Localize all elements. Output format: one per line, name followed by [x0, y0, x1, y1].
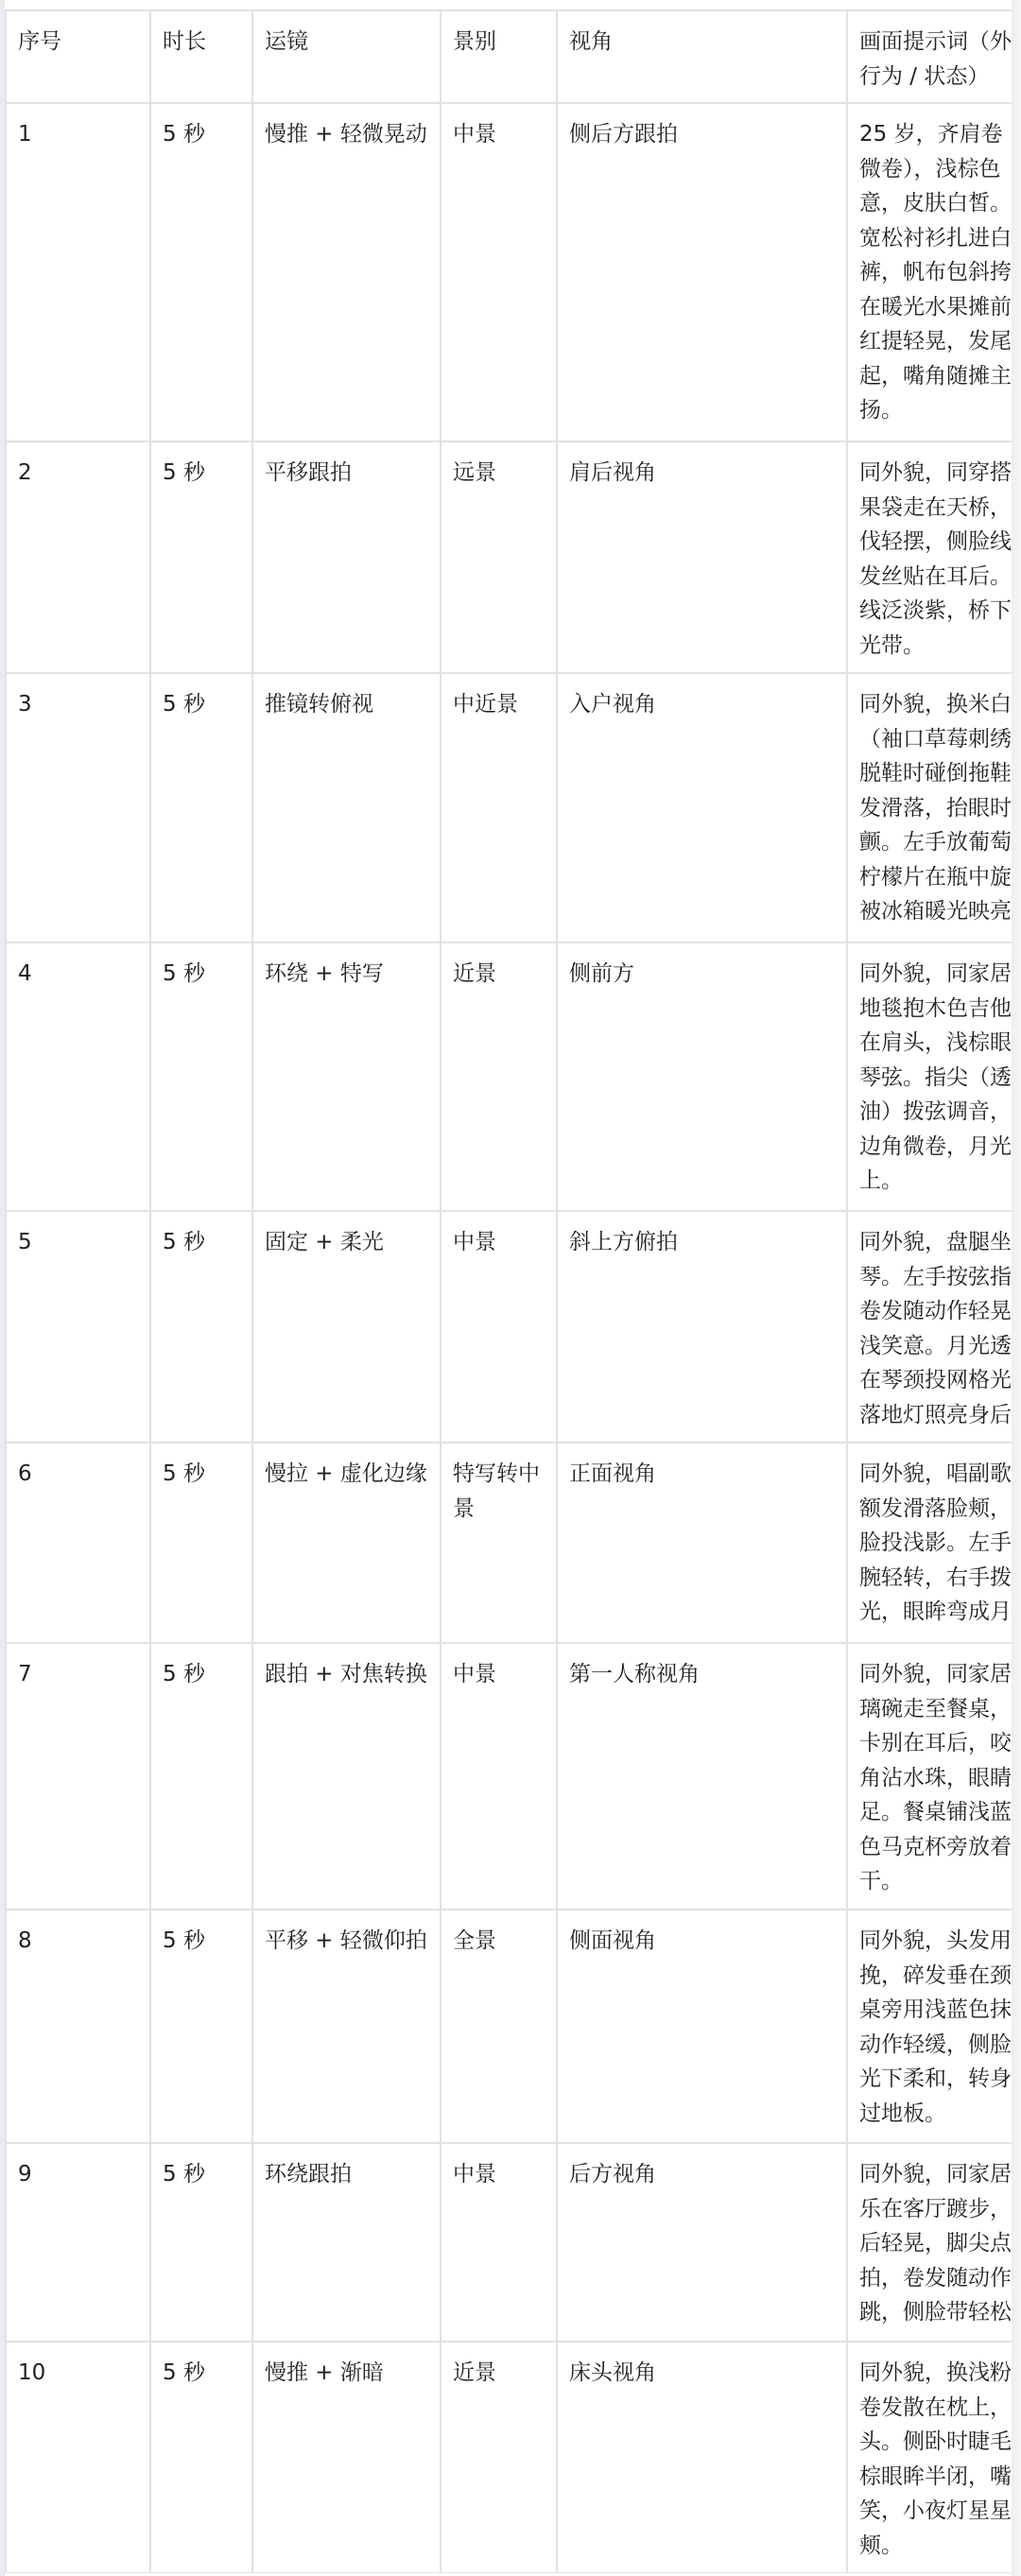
cell-prompt: 同外貌，同家居地毯抱木色吉他在肩头，浅棕眼琴弦。指尖（透油）拨弦调音，边角微卷，… [847, 942, 1012, 1211]
prompt-line: 琴弦。指尖（透 [859, 1061, 1012, 1096]
prompt-line: 柠檬片在瓶中旋 [859, 860, 1012, 895]
cell-camera-move: 推镜转俯视 [252, 673, 441, 942]
prompt-line: 被冰箱暖光映亮 [859, 894, 1012, 929]
prompt-line: 果袋走在天桥， [859, 491, 1012, 526]
prompt-line: 过地板。 [859, 2097, 1012, 2132]
header-prompt-line: 画面提示词（外 [859, 25, 1012, 60]
prompt-line: 红提轻晃，发尾 [859, 324, 1012, 359]
prompt-line: 浅笑意。月光透 [859, 1329, 1012, 1364]
cell-index: 2 [6, 441, 150, 673]
table-row: 65 秒慢拉 + 虚化边缘特写转中景正面视角同外貌，唱副歌额发滑落脸颊，脸投浅影… [6, 1443, 1012, 1643]
cell-camera-move: 跟拍 + 对焦转换 [252, 1643, 441, 1910]
prompt-line: 在肩头，浅棕眼 [859, 1026, 1012, 1061]
cell-index: 3 [6, 673, 150, 942]
prompt-line: 干。 [859, 1864, 1012, 1899]
prompt-line: 挽，碎发垂在颈 [859, 1959, 1012, 1994]
cell-duration: 5 秒 [150, 1211, 252, 1443]
prompt-line: 拍，卷发随动作 [859, 2261, 1012, 2296]
prompt-line: 角沾水珠，眼睛 [859, 1761, 1012, 1796]
cell-shot-size: 中景 [441, 1643, 557, 1910]
table-row: 35 秒推镜转俯视中近景入户视角同外貌，换米白（袖口草莓刺绣脱鞋时碰倒拖鞋发滑落… [6, 673, 1012, 942]
cell-index: 9 [6, 2143, 150, 2342]
cell-shot-size: 远景 [441, 441, 557, 673]
header-angle: 视角 [557, 10, 847, 103]
prompt-line: 同外貌，同穿搭 [859, 456, 1012, 491]
prompt-line: 足。餐桌铺浅蓝 [859, 1795, 1012, 1830]
cell-camera-move: 慢推 + 渐暗 [252, 2342, 441, 2573]
storyboard-table: 序号 时长 运镜 景别 视角 画面提示词（外 行为 / 状态） 15 秒慢推 +… [5, 9, 1012, 2573]
cell-shot-size: 特写转中景 [441, 1443, 557, 1643]
prompt-line: 头。侧卧时睫毛 [859, 2425, 1012, 2460]
prompt-line: 宽松衬衫扎进白 [859, 221, 1012, 256]
prompt-line: 同外貌，换米白 [859, 687, 1012, 722]
prompt-line: 发滑落，抬眼时 [859, 791, 1012, 826]
prompt-line: 动作轻缓，侧脸 [859, 2028, 1012, 2063]
cell-camera-move: 环绕跟拍 [252, 2143, 441, 2342]
prompt-line: 卷发随动作轻晃 [859, 1294, 1012, 1329]
cell-duration: 5 秒 [150, 673, 252, 942]
prompt-line: 光带。 [859, 629, 1012, 664]
prompt-line: 色马克杯旁放着 [859, 1830, 1012, 1865]
prompt-line: 发丝贴在耳后。 [859, 560, 1012, 595]
table-row: 55 秒固定 + 柔光中景斜上方俯拍同外貌，盘腿坐琴。左手按弦指卷发随动作轻晃浅… [6, 1211, 1012, 1443]
prompt-line: 后轻晃，脚尖点 [859, 2226, 1012, 2261]
cell-shot-size: 中景 [441, 103, 557, 441]
cell-duration: 5 秒 [150, 441, 252, 673]
table-row: 45 秒环绕 + 特写近景侧前方同外貌，同家居地毯抱木色吉他在肩头，浅棕眼琴弦。… [6, 942, 1012, 1211]
prompt-line: 线泛淡紫，桥下 [859, 594, 1012, 629]
cell-duration: 5 秒 [150, 103, 252, 441]
prompt-line: 颤。左手放葡萄 [859, 825, 1012, 860]
prompt-line: 同外貌，盘腿坐 [859, 1225, 1012, 1260]
table-header-row: 序号 时长 运镜 景别 视角 画面提示词（外 行为 / 状态） [6, 10, 1012, 103]
prompt-line: 跳，侧脸带轻松 [859, 2295, 1012, 2330]
cell-shot-size: 全景 [441, 1910, 557, 2143]
prompt-line: 卷发散在枕上， [859, 2391, 1012, 2426]
prompt-line: 在暖光水果摊前 [859, 290, 1012, 325]
storyboard-table-scroller[interactable]: 序号 时长 运镜 景别 视角 画面提示词（外 行为 / 状态） 15 秒慢推 +… [5, 9, 1012, 2573]
cell-angle: 侧后方跟拍 [557, 103, 847, 441]
prompt-line: 地毯抱木色吉他 [859, 992, 1012, 1027]
cell-duration: 5 秒 [150, 2143, 252, 2342]
cell-index: 6 [6, 1443, 150, 1643]
cell-camera-move: 固定 + 柔光 [252, 1211, 441, 1443]
cell-shot-size: 中景 [441, 1211, 557, 1443]
prompt-line: 上。 [859, 1164, 1012, 1199]
header-duration: 时长 [150, 10, 252, 103]
horizontal-scroll-edge[interactable] [1012, 0, 1021, 2576]
prompt-line: 腕轻转，右手拨 [859, 1561, 1012, 1596]
cell-camera-move: 平移 + 轻微仰拍 [252, 1910, 441, 2143]
cell-index: 1 [6, 103, 150, 441]
cell-shot-size: 近景 [441, 2342, 557, 2573]
cell-angle: 侧面视角 [557, 1910, 847, 2143]
prompt-line: 落地灯照亮身后 [859, 1398, 1012, 1433]
prompt-line: 扬。 [859, 393, 1012, 428]
prompt-line: 颊。 [859, 2529, 1012, 2564]
prompt-line: 同外貌，唱副歌 [859, 1457, 1012, 1492]
cell-camera-move: 平移跟拍 [252, 441, 441, 673]
cell-prompt: 25 岁，齐肩卷微卷），浅棕色意，皮肤白皙。宽松衬衫扎进白裤，帆布包斜挎在暖光水… [847, 103, 1012, 441]
cell-index: 5 [6, 1211, 150, 1443]
cell-angle: 后方视角 [557, 2143, 847, 2342]
prompt-line: 棕眼眸半闭，嘴 [859, 2460, 1012, 2495]
cell-prompt: 同外貌，头发用挽，碎发垂在颈桌旁用浅蓝色抹动作轻缓，侧脸光下柔和，转身过地板。 [847, 1910, 1012, 2143]
prompt-line: 意，皮肤白皙。 [859, 186, 1012, 221]
prompt-line: 伐轻摆，侧脸线 [859, 525, 1012, 560]
cell-shot-size: 中近景 [441, 673, 557, 942]
prompt-line: 脱鞋时碰倒拖鞋 [859, 756, 1012, 791]
prompt-line: 额发滑落脸颊， [859, 1492, 1012, 1527]
cell-shot-size: 近景 [441, 942, 557, 1211]
prompt-line: 同外貌，换浅粉 [859, 2356, 1012, 2391]
prompt-line: 光下柔和，转身 [859, 2062, 1012, 2097]
cell-angle: 斜上方俯拍 [557, 1211, 847, 1443]
prompt-line: 边角微卷，月光 [859, 1130, 1012, 1165]
cell-index: 8 [6, 1910, 150, 2143]
prompt-line: 同外貌，头发用 [859, 1924, 1012, 1959]
prompt-line: 卡别在耳后，咬 [859, 1726, 1012, 1761]
cell-camera-move: 慢拉 + 虚化边缘 [252, 1443, 441, 1643]
cell-duration: 5 秒 [150, 1910, 252, 2143]
prompt-line: 同外貌，同家居 [859, 2157, 1012, 2192]
table-row: 25 秒平移跟拍远景肩后视角同外貌，同穿搭果袋走在天桥，伐轻摆，侧脸线发丝贴在耳… [6, 441, 1012, 673]
cell-prompt: 同外貌，同家居乐在客厅踱步，后轻晃，脚尖点拍，卷发随动作跳，侧脸带轻松 [847, 2143, 1012, 2342]
cell-prompt: 同外貌，换浅粉卷发散在枕上，头。侧卧时睫毛棕眼眸半闭，嘴笑，小夜灯星星颊。 [847, 2342, 1012, 2573]
table-row: 85 秒平移 + 轻微仰拍全景侧面视角同外貌，头发用挽，碎发垂在颈桌旁用浅蓝色抹… [6, 1910, 1012, 2143]
cell-camera-move: 环绕 + 特写 [252, 942, 441, 1211]
cell-duration: 5 秒 [150, 942, 252, 1211]
prompt-line: 油）拨弦调音， [859, 1095, 1012, 1130]
cell-prompt: 同外貌，盘腿坐琴。左手按弦指卷发随动作轻晃浅笑意。月光透在琴颈投网格光落地灯照亮… [847, 1211, 1012, 1443]
table-row: 95 秒环绕跟拍中景后方视角同外貌，同家居乐在客厅踱步，后轻晃，脚尖点拍，卷发随… [6, 2143, 1012, 2342]
prompt-line: 笑，小夜灯星星 [859, 2494, 1012, 2529]
cell-prompt: 同外貌，同穿搭果袋走在天桥，伐轻摆，侧脸线发丝贴在耳后。线泛淡紫，桥下光带。 [847, 441, 1012, 673]
prompt-line: 光，眼眸弯成月 [859, 1595, 1012, 1630]
prompt-line: 脸投浅影。左手 [859, 1526, 1012, 1561]
cell-angle: 肩后视角 [557, 441, 847, 673]
cell-prompt: 同外貌，同家居璃碗走至餐桌，卡别在耳后，咬角沾水珠，眼睛足。餐桌铺浅蓝色马克杯旁… [847, 1643, 1012, 1910]
prompt-line: 乐在客厅踱步， [859, 2192, 1012, 2227]
prompt-line: 在琴颈投网格光 [859, 1363, 1012, 1398]
cell-angle: 床头视角 [557, 2342, 847, 2573]
cell-index: 4 [6, 942, 150, 1211]
prompt-line: （袖口草莓刺绣 [859, 722, 1012, 757]
cell-angle: 正面视角 [557, 1443, 847, 1643]
cell-duration: 5 秒 [150, 1643, 252, 1910]
header-index: 序号 [6, 10, 150, 103]
header-prompt-line: 行为 / 状态） [859, 60, 1012, 95]
prompt-line: 桌旁用浅蓝色抹 [859, 1993, 1012, 2028]
header-shot-size: 景别 [441, 10, 557, 103]
cell-index: 10 [6, 2342, 150, 2573]
cell-prompt: 同外貌，换米白（袖口草莓刺绣脱鞋时碰倒拖鞋发滑落，抬眼时颤。左手放葡萄柠檬片在瓶… [847, 673, 1012, 942]
table-row: 75 秒跟拍 + 对焦转换中景第一人称视角同外貌，同家居璃碗走至餐桌，卡别在耳后… [6, 1643, 1012, 1910]
prompt-line: 璃碗走至餐桌， [859, 1692, 1012, 1727]
cell-angle: 侧前方 [557, 942, 847, 1211]
cell-index: 7 [6, 1643, 150, 1910]
prompt-line: 同外貌，同家居 [859, 1657, 1012, 1692]
prompt-line: 同外貌，同家居 [859, 957, 1012, 992]
prompt-line: 琴。左手按弦指 [859, 1260, 1012, 1295]
cell-shot-size: 中景 [441, 2143, 557, 2342]
prompt-line: 起，嘴角随摊主 [859, 359, 1012, 394]
prompt-line: 微卷），浅棕色 [859, 152, 1012, 187]
header-camera-move: 运镜 [252, 10, 441, 103]
cell-camera-move: 慢推 + 轻微晃动 [252, 103, 441, 441]
cell-duration: 5 秒 [150, 2342, 252, 2573]
cell-prompt: 同外貌，唱副歌额发滑落脸颊，脸投浅影。左手腕轻转，右手拨光，眼眸弯成月 [847, 1443, 1012, 1643]
prompt-line: 25 岁，齐肩卷 [859, 117, 1012, 152]
cell-angle: 第一人称视角 [557, 1643, 847, 1910]
cell-duration: 5 秒 [150, 1443, 252, 1643]
header-prompt: 画面提示词（外 行为 / 状态） [847, 10, 1012, 103]
cell-angle: 入户视角 [557, 673, 847, 942]
table-row: 15 秒慢推 + 轻微晃动中景侧后方跟拍25 岁，齐肩卷微卷），浅棕色意，皮肤白… [6, 103, 1012, 441]
table-row: 105 秒慢推 + 渐暗近景床头视角同外貌，换浅粉卷发散在枕上，头。侧卧时睫毛棕… [6, 2342, 1012, 2573]
prompt-line: 裤，帆布包斜挎 [859, 255, 1012, 290]
